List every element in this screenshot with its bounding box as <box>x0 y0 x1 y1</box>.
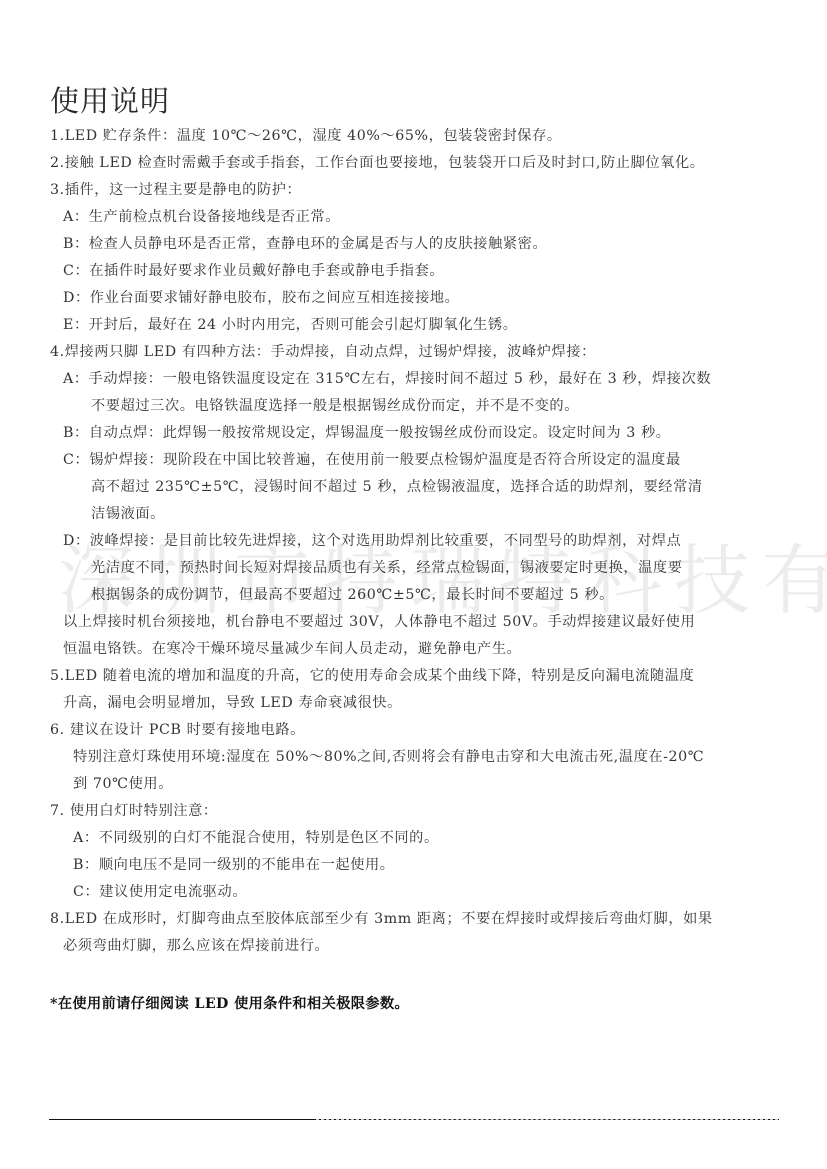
final-warning-note: *在使用前请仔细阅读 LED 使用条件和相关极限参数。 <box>50 994 409 1014</box>
item-2-handling: 2.接触 LED 检查时需戴手套或手指套，工作台面也要接地，包装袋开口后及时封口… <box>50 153 705 173</box>
page-title: 使用说明 <box>50 84 170 118</box>
item-4c-line-2: 高不超过 235℃±5℃，浸锡时间不超过 5 秒，点检锡液温度，选择合适的助焊剂… <box>91 477 703 497</box>
item-3d: D：作业台面要求铺好静电胶布，胶布之间应互相连接接地。 <box>63 288 459 308</box>
item-7a: A：不同级别的白灯不能混合使用，特别是色区不同的。 <box>73 828 439 848</box>
item-6-note-line-2: 到 70℃使用。 <box>73 774 173 794</box>
item-3a: A：生产前检点机台设备接地线是否正常。 <box>63 207 340 227</box>
item-6-note-line-1: 特别注意灯珠使用环境:湿度在 50%～80%之间,否则将会有静电击穿和大电流击死… <box>73 747 704 767</box>
item-4a-line-1: A：手动焊接：一般电铬铁温度设定在 315℃左右，焊接时间不超过 5 秒，最好在… <box>63 369 711 389</box>
item-4a-line-2: 不要超过三次。电铬铁温度选择一般是根据锡丝成份而定，并不是不变的。 <box>91 396 579 416</box>
item-3-insertion: 3.插件，这一过程主要是静电的防护： <box>50 180 301 200</box>
item-4-note-line-1: 以上焊接时机台须接地，机台静电不要超过 30V，人体静电不超过 50V。手动焊接… <box>63 612 695 632</box>
item-4d-line-3: 根据锡条的成份调节，但最高不要超过 260℃±5℃，最长时间不要超过 5 秒。 <box>91 585 614 605</box>
item-3b: B：检查人员静电环是否正常，查静电环的金属是否与人的皮肤接触紧密。 <box>63 234 547 254</box>
item-4-note-line-2: 恒温电铬铁。在寒冷干燥环境尽量减少车间人员走动，避免静电产生。 <box>63 639 521 659</box>
item-4-soldering-methods: 4.焊接两只脚 LED 有四种方法：手动焊接，自动点焊，过锡炉焊接，波峰炉焊接： <box>50 342 596 362</box>
item-7b: B：顺向电压不是同一级别的不能串在一起使用。 <box>73 855 395 875</box>
item-7-white-led: 7. 使用白灯时特别注意： <box>50 801 218 821</box>
item-4b: B：自动点焊：此焊锡一般按常规设定，焊锡温度一般按锡丝成份而设定。设定时间为 3… <box>63 423 671 443</box>
item-6-pcb-grounding: 6. 建议在设计 PCB 时要有接地电路。 <box>50 720 305 740</box>
item-3c: C：在插件时最好要求作业员戴好静电手套或静电手指套。 <box>63 261 444 281</box>
item-8-line-2: 必须弯曲灯脚，那么应该在焊接前进行。 <box>63 936 329 956</box>
item-5-line-2: 升高，漏电会明显增加，导致 LED 寿命衰减很快。 <box>63 693 402 713</box>
item-1-storage-conditions: 1.LED 贮存条件：温度 10℃～26℃，湿度 40%～65%，包装袋密封保存… <box>50 126 562 146</box>
item-7c: C：建议使用定电流驱动。 <box>73 882 247 902</box>
footer-divider-faint <box>316 1119 778 1120</box>
item-8-line-1: 8.LED 在成形时，灯脚弯曲点至胶体底部至少有 3mm 距离；不要在焊接时或焊… <box>50 909 713 929</box>
item-3e: E：开封后，最好在 24 小时内用完，否则可能会引起灯脚氧化生锈。 <box>63 315 517 335</box>
item-4c-line-3: 洁锡液面。 <box>91 504 165 524</box>
item-4d-line-1: D：波峰焊接：是目前比较先进焊接，这个对选用助焊剂比较重要，不同型号的助焊剂，对… <box>63 531 681 551</box>
item-5-line-1: 5.LED 随着电流的增加和温度的升高，它的使用寿命会成某个曲线下降，特别是反向… <box>50 666 694 686</box>
item-4c-line-1: C：锡炉焊接：现阶段在中国比较普遍，在使用前一般要点检锡炉温度是否符合所设定的温… <box>63 450 681 470</box>
document-page: 深圳市特瑞特科技有限公司 使用说明 1.LED 贮存条件：温度 10℃～26℃，… <box>0 0 827 1169</box>
item-4d-line-2: 光洁度不同，预热时间长短对焊接品质也有关系，经常点检锡面，锡液要定时更换，温度要 <box>91 558 683 578</box>
